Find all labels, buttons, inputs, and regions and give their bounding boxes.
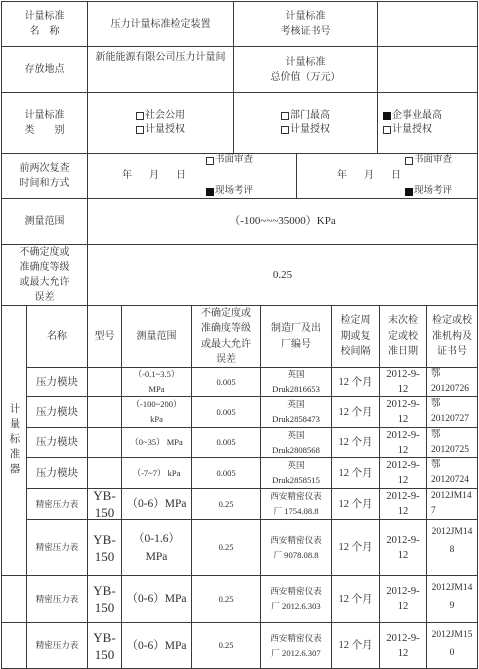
- checkbox-enterprise-highest: 企事业最高: [383, 109, 442, 123]
- column-header-certificate: 检定或校 准机构及 证书号: [426, 305, 478, 368]
- table-cell-name: 压力模块: [26, 457, 88, 489]
- uncertainty-value: 0.25: [87, 244, 478, 306]
- measurement-range-label: 测量范围: [1, 198, 88, 245]
- review-label: 前两次复查 时间和方式: [1, 153, 88, 199]
- table-cell-period: 12 个月: [331, 575, 380, 623]
- section-label-text: 计量标准器: [7, 403, 22, 478]
- certificate-number-label: 计量标准 考核证书号: [233, 1, 378, 47]
- table-cell-range: （0~35） MPa: [121, 427, 192, 458]
- column-header-last-date: 末次检 定或校 准日期: [379, 305, 427, 368]
- checkbox-icon: [206, 188, 214, 196]
- table-cell-model: YB-150: [87, 575, 122, 623]
- standard-name-value: 压力计量标准检定装置: [87, 1, 234, 47]
- checkbox-icon: [405, 188, 413, 196]
- checkbox-document-review: 书面审查: [206, 154, 253, 167]
- table-cell-manufacturer: 西安精密仪表厂 1754.08.8: [260, 488, 332, 520]
- category-group-3: 企事业最高 计量授权: [377, 92, 478, 154]
- checkbox-department-highest: 部门最高: [281, 109, 330, 123]
- table-cell-period: 12 个月: [331, 367, 380, 397]
- total-value-label: 计量标准 总价值（万元）: [233, 46, 378, 93]
- column-header-range: 测量范围: [121, 305, 192, 368]
- table-cell-certificate: 鄂 20120725: [426, 427, 478, 458]
- table-cell-last-date: 2012-9-12: [379, 396, 427, 428]
- table-cell-model: [87, 367, 122, 397]
- column-header-name: 名称: [26, 305, 88, 368]
- checkbox-label: 现场考评: [215, 185, 253, 198]
- table-cell-range: （0-6）MPa: [121, 488, 192, 520]
- table-cell-uncertainty: 0.005: [191, 367, 261, 397]
- table-cell-range: （0-6）MPa: [121, 622, 192, 669]
- table-cell-model: [87, 427, 122, 458]
- table-cell-manufacturer: 英国 Druk2858515: [260, 457, 332, 489]
- checkbox-stack: 部门最高 计量授权: [281, 109, 330, 137]
- column-header-uncertainty: 不确定度或 准确度等级 或最大允许 误差: [191, 305, 261, 368]
- table-cell-certificate: 2012JM150: [426, 622, 478, 669]
- table-cell-uncertainty: 0.25: [191, 488, 261, 520]
- checkbox-label: 现场考评: [414, 185, 452, 198]
- checkbox-label: 部门最高: [290, 109, 330, 123]
- table-cell-model: [87, 457, 122, 489]
- table-cell-certificate: 鄂 20120724: [426, 457, 478, 489]
- table-cell-period: 12 个月: [331, 622, 380, 669]
- table-cell-last-date: 2012-9-12: [379, 457, 427, 489]
- checkbox-authorized-1: 计量授权: [136, 123, 185, 137]
- table-cell-certificate: 2012JM149: [426, 575, 478, 623]
- checkbox-label: 社会公用: [145, 109, 185, 123]
- table-cell-manufacturer: 西安精密仪表厂 9078.08.8: [260, 519, 332, 576]
- checkbox-icon: [206, 157, 214, 165]
- table-cell-name: 精密压力表: [26, 622, 88, 669]
- table-cell-period: 12 个月: [331, 427, 380, 458]
- category-label: 计量标准 类 别: [1, 92, 88, 154]
- table-cell-uncertainty: 0.25: [191, 622, 261, 669]
- column-header-manufacturer: 制造厂及出 厂编号: [260, 305, 332, 368]
- review-entry-2: 年 月 日 书面审查 现场考评: [296, 153, 478, 199]
- checkbox-label: 书面审查: [215, 154, 253, 167]
- table-cell-uncertainty: 0.005: [191, 396, 261, 428]
- total-value-value: [377, 46, 478, 93]
- table-cell-manufacturer: 英国 Druk2816653: [260, 367, 332, 397]
- table-cell-range: （-7~7） kPa: [121, 457, 192, 489]
- column-header-period: 检定周 期或复 校间隔: [331, 305, 380, 368]
- category-group-1: 社会公用 计量授权: [87, 92, 234, 154]
- checkbox-icon: [383, 112, 391, 120]
- checkbox-label: 计量授权: [290, 123, 330, 137]
- checkbox-onsite-evaluation: 现场考评: [405, 185, 452, 198]
- checkbox-stack: 社会公用 计量授权: [136, 109, 185, 137]
- table-cell-period: 12 个月: [331, 519, 380, 576]
- table-cell-period: 12 个月: [331, 457, 380, 489]
- table-cell-period: 12 个月: [331, 396, 380, 428]
- certificate-number-value: [377, 1, 478, 47]
- checkbox-label: 计量授权: [392, 123, 432, 137]
- table-cell-last-date: 2012-9-12: [379, 427, 427, 458]
- table-cell-range: （0-6）MPa: [121, 575, 192, 623]
- checkbox-icon: [136, 112, 144, 120]
- review-date: 年 月 日: [122, 168, 190, 183]
- equipment-section-label: 计量标准器: [1, 305, 27, 576]
- checkbox-document-review: 书面审查: [405, 154, 452, 167]
- equipment-section-blank: [1, 622, 27, 669]
- checkbox-icon: [136, 126, 144, 134]
- checkbox-icon: [405, 157, 413, 165]
- uncertainty-label: 不确定度或 准确度等级 或最大允许 误差: [1, 244, 88, 306]
- checkbox-label: 书面审查: [414, 154, 452, 167]
- table-cell-name: 精密压力表: [26, 575, 88, 623]
- table-cell-name: 压力模块: [26, 396, 88, 428]
- table-cell-uncertainty: 0.25: [191, 575, 261, 623]
- checkbox-icon: [281, 112, 289, 120]
- table-cell-uncertainty: 0.25: [191, 519, 261, 576]
- standard-name-label: 计量标准 名 称: [1, 1, 88, 47]
- table-cell-certificate: 鄂 20120727: [426, 396, 478, 428]
- table-cell-last-date: 2012-9-12: [379, 622, 427, 669]
- checkbox-label: 企事业最高: [392, 109, 442, 123]
- table-cell-model: YB-150: [87, 622, 122, 669]
- table-cell-name: 精密压力表: [26, 519, 88, 576]
- table-cell-range: （-100~200） kPa: [121, 396, 192, 428]
- table-cell-certificate: 鄂 20120726: [426, 367, 478, 397]
- table-cell-last-date: 2012-9-12: [379, 367, 427, 397]
- table-cell-uncertainty: 0.005: [191, 457, 261, 489]
- table-cell-certificate: 2012JM148: [426, 519, 478, 576]
- table-cell-name: 压力模块: [26, 427, 88, 458]
- table-cell-last-date: 2012-9-12: [379, 488, 427, 520]
- review-date: 年 月 日: [337, 168, 405, 183]
- location-label: 存放地点: [1, 46, 88, 93]
- checkbox-onsite-evaluation: 现场考评: [206, 185, 253, 198]
- checkbox-label: 计量授权: [145, 123, 185, 137]
- location-value: 新能能源有限公司压力计量间: [87, 46, 234, 93]
- table-cell-manufacturer: 西安精密仪表厂 2012.6.303: [260, 575, 332, 623]
- metrology-standard-form: 计量标准 名 称 压力计量标准检定装置 计量标准 考核证书号 存放地点 新能能源…: [0, 0, 479, 669]
- table-cell-name: 精密压力表: [26, 488, 88, 520]
- checkbox-icon: [281, 126, 289, 134]
- table-cell-uncertainty: 0.005: [191, 427, 261, 458]
- table-cell-model: [87, 396, 122, 428]
- table-cell-manufacturer: 西安精密仪表厂 2012.6.307: [260, 622, 332, 669]
- category-group-2: 部门最高 计量授权: [233, 92, 378, 154]
- equipment-section-blank: [1, 575, 27, 623]
- table-cell-last-date: 2012-9-12: [379, 519, 427, 576]
- table-cell-range: （-0.1~3.5） MPa: [121, 367, 192, 397]
- column-header-model: 型号: [87, 305, 122, 368]
- table-cell-manufacturer: 英国 Druk2808568: [260, 427, 332, 458]
- checkbox-public-use: 社会公用: [136, 109, 185, 123]
- table-cell-last-date: 2012-9-12: [379, 575, 427, 623]
- table-cell-model: YB-150: [87, 488, 122, 520]
- measurement-range-value: （-100~~~35000）KPa: [87, 198, 478, 245]
- checkbox-stack: 企事业最高 计量授权: [383, 109, 442, 137]
- checkbox-authorized-2: 计量授权: [281, 123, 330, 137]
- table-cell-range: （0-1.6）MPa: [121, 519, 192, 576]
- table-cell-period: 12 个月: [331, 488, 380, 520]
- review-entry-1: 年 月 日 书面审查 现场考评: [87, 153, 297, 199]
- table-cell-name: 压力模块: [26, 367, 88, 397]
- table-cell-model: YB-150: [87, 519, 122, 576]
- checkbox-icon: [383, 126, 391, 134]
- table-cell-manufacturer: 英国 Druk2858473: [260, 396, 332, 428]
- table-cell-certificate: 2012JM147: [426, 488, 478, 520]
- checkbox-authorized-3: 计量授权: [383, 123, 432, 137]
